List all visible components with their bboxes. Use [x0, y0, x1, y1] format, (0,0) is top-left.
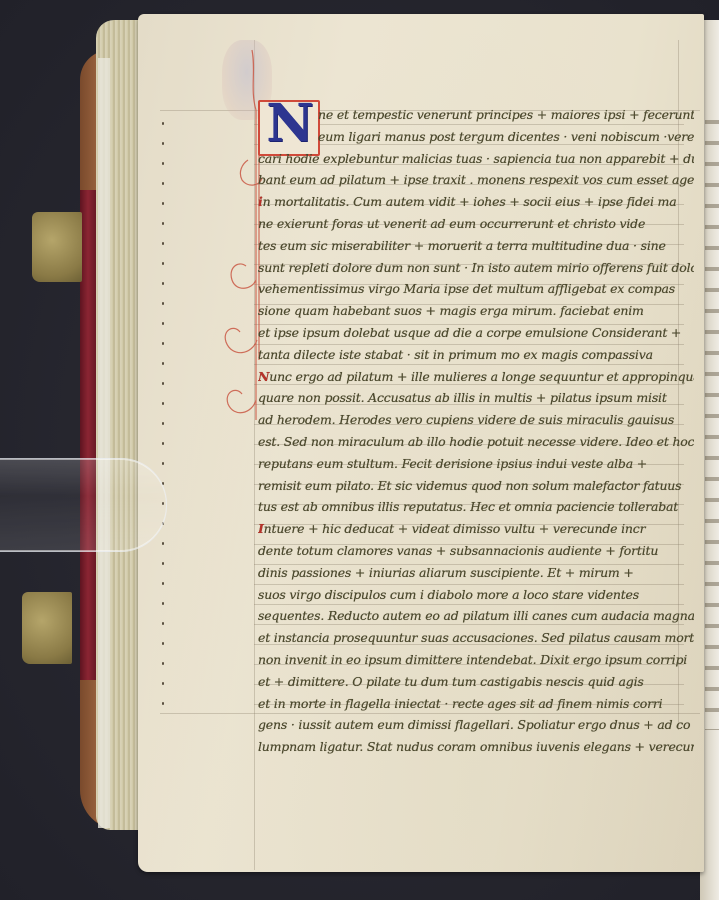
text-line: ad herodem. Herodes vero cupiens videre …: [258, 409, 694, 431]
text-line: quare non possit. Accusatus ab illis in …: [258, 387, 694, 409]
pricking-hole: [162, 182, 164, 185]
text-line: bant eum ad pilatum + ipse traxit . mone…: [258, 169, 694, 191]
rubricated-letter: I: [258, 521, 264, 536]
text-line: dente totum clamores vanas + subsannacio…: [258, 540, 694, 562]
pricking-hole: [162, 702, 164, 705]
pricking-hole: [162, 262, 164, 265]
pricking-hole: [162, 622, 164, 625]
pricking-hole: [162, 242, 164, 245]
pricking-hole: [162, 422, 164, 425]
rubricated-letter: N: [258, 369, 269, 384]
pricking-hole: [162, 542, 164, 545]
clasp-tab-bottom: [22, 592, 72, 664]
pricking-hole: [162, 222, 164, 225]
text-line: vehementissimus virgo Maria ipse det mul…: [258, 278, 694, 300]
pricking-hole: [162, 462, 164, 465]
text-line: gens · iussit autem eum dimissi flagella…: [258, 714, 694, 736]
text-line: cari hodie explebuntur malicias tuas · s…: [258, 148, 694, 170]
text-line: sequentes. Reducto autem eo ad pilatum i…: [258, 605, 694, 627]
pricking-hole: [162, 382, 164, 385]
text-line: suos virgo discipulos cum i diabolo more…: [258, 584, 694, 606]
pricking-hole: [162, 202, 164, 205]
pricking-hole: [162, 402, 164, 405]
text-line: Intuere + hic deducat + videat dimisso v…: [258, 518, 694, 540]
text-line: et instancia prosequuntur suas accusacio…: [258, 627, 694, 649]
text-line: tus est ab omnibus illis reputatus. Hec …: [258, 496, 694, 518]
pricking-hole: [162, 122, 164, 125]
text-line: et in morte in flagella iniectat · recte…: [258, 693, 694, 715]
text-line: Nunc ergo ad pilatum + ille mulieres a l…: [258, 366, 694, 388]
pricking-hole: [162, 642, 164, 645]
pricking-hole: [162, 362, 164, 365]
pricking-hole: [162, 142, 164, 145]
pricking-hole: [162, 562, 164, 565]
pricking-hole: [162, 662, 164, 665]
pricking-hole: [162, 582, 164, 585]
rubricated-letter: i: [258, 194, 263, 209]
text-line: et + dimittere. O pilate tu dum tum cast…: [258, 671, 694, 693]
text-line: lumpnam ligatur. Stat nudus coram omnibu…: [258, 736, 694, 758]
text-line: ne et tempestic venerunt principes + mai…: [258, 104, 694, 126]
pricking-hole: [162, 342, 164, 345]
text-line: tanta dilecte iste stabat · sit in primu…: [258, 344, 694, 366]
text-line: non invenit in eo ipsum dimittere intend…: [258, 649, 694, 671]
text-line: remisit eum pilato. Et sic videmus quod …: [258, 475, 694, 497]
text-line: dinis passiones + iniurias aliarum susci…: [258, 562, 694, 584]
pricking-hole: [162, 322, 164, 325]
binding-red-edge: [80, 190, 96, 680]
clasp-tab-top: [32, 212, 82, 282]
text-line: eum ligari manus post tergum dicentes · …: [258, 126, 694, 148]
text-line: et ipse ipsum dolebat usque ad die a cor…: [258, 322, 694, 344]
pricking-hole: [162, 682, 164, 685]
text-line: sunt repleti dolore dum non sunt · In is…: [258, 257, 694, 279]
text-line: ne exierunt foras ut venerit ad eum occu…: [258, 213, 694, 235]
text-line: reputans eum stultum. Fecit derisione ip…: [258, 453, 694, 475]
pricking-hole: [162, 602, 164, 605]
pricking-hole: [162, 282, 164, 285]
pricking-hole: [162, 442, 164, 445]
text-line: tes eum sic miserabiliter + moruerit a t…: [258, 235, 694, 257]
facing-page-text: [705, 110, 719, 730]
pricking-hole: [162, 302, 164, 305]
text-line: in mortalitatis. Cum autem vidit + iohes…: [258, 191, 694, 213]
manuscript-text: ne et tempestic venerunt principes + mai…: [258, 104, 694, 758]
pricking-hole: [162, 162, 164, 165]
glass-page-weight[interactable]: [0, 458, 167, 552]
page-stack-edge: [98, 58, 110, 828]
text-line: est. Sed non miraculum ab illo hodie pot…: [258, 431, 694, 453]
text-line: sione quam habebant suos + magis erga mi…: [258, 300, 694, 322]
